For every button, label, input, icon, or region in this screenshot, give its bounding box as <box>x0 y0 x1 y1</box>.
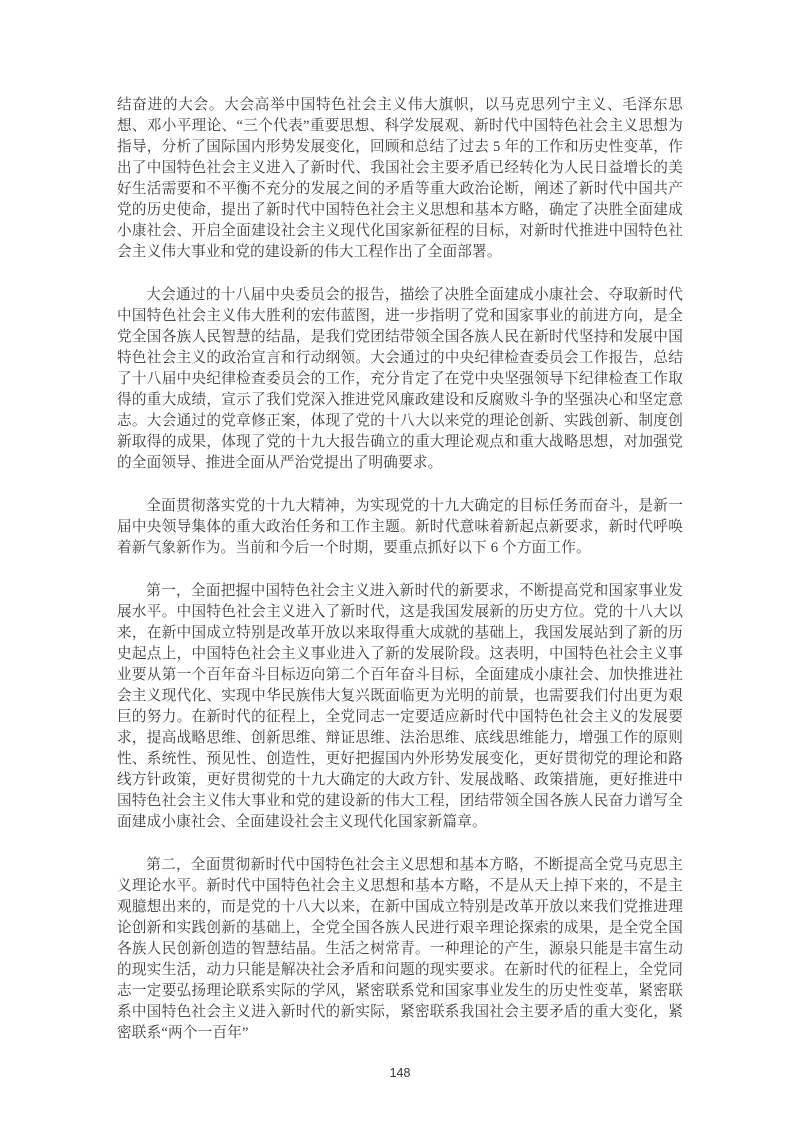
body-paragraph: 大会通过的十八届中央委员会的报告，描绘了决胜全面建成小康社会、夺取新时代中国特色… <box>117 285 683 474</box>
body-paragraph: 全面贯彻落实党的十九大精神，为实现党的十九大确定的目标任务而奋斗，是新一届中央领… <box>117 496 683 559</box>
page-footer: 148 <box>117 1066 683 1080</box>
body-paragraph: 结奋进的大会。大会高举中国特色社会主义伟大旗帜，以马克思列宁主义、毛泽东思想、邓… <box>117 95 683 263</box>
document-page: 结奋进的大会。大会高举中国特色社会主义伟大旗帜，以马克思列宁主义、毛泽东思想、邓… <box>0 0 800 1133</box>
body-paragraph: 第一，全面把握中国特色社会主义进入新时代的新要求，不断提高党和国家事业发展水平。… <box>117 581 683 833</box>
page-body: 结奋进的大会。大会高举中国特色社会主义伟大旗帜，以马克思列宁主义、毛泽东思想、邓… <box>117 95 683 1080</box>
page-number: 148 <box>390 1066 411 1080</box>
body-paragraph: 第二，全面贯彻新时代中国特色社会主义思想和基本方略，不断提高全党马克思主义理论水… <box>117 855 683 1044</box>
